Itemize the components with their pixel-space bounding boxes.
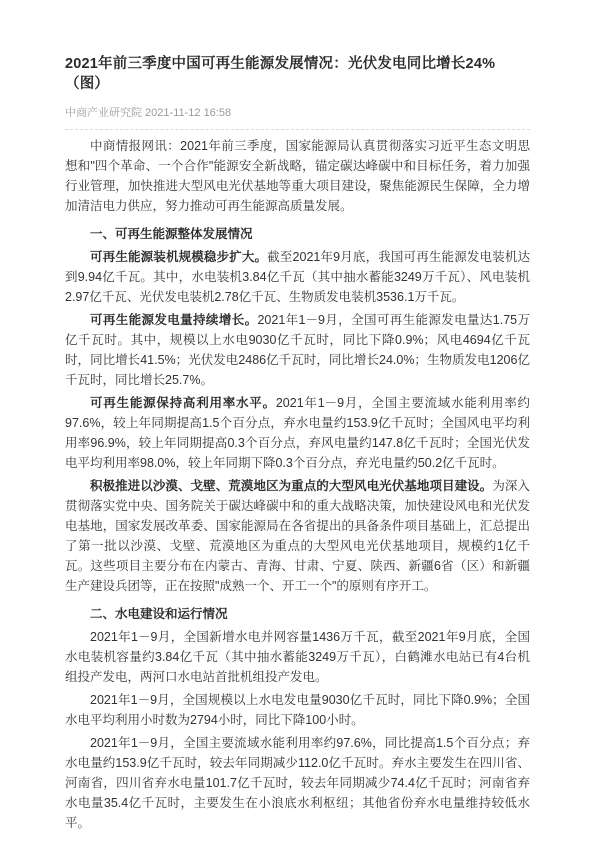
paragraph-utilization-rate: 可再生能源保持高利用率水平。2021年1－9月，全国主要流域水能利用率约97.6… <box>65 393 530 473</box>
page-title: 2021年前三季度中国可再生能源发展情况：光伏发电同比增长24%（图） <box>65 54 530 94</box>
paragraph-lead: 可再生能源发电量持续增长。 <box>90 313 257 327</box>
section-heading-hydropower: 二、水电建设和运行情况 <box>65 604 530 624</box>
paragraph-hydro-curtailment: 2021年1－9月，全国主要流域水能利用率约97.6%，同比提高1.5个百分点；… <box>65 733 530 833</box>
paragraph-text: 为深入贯彻落实党中央、国务院关于碳达峰碳中和的重大战略决策，加快建设风电和光伏发… <box>65 479 530 593</box>
paragraph-hydro-generation: 2021年1－9月，全国规模以上水电发电量9030亿千瓦时，同比下降0.9%；全… <box>65 690 530 730</box>
paragraph-intro: 中商情报网讯：2021年前三季度，国家能源局认真贯彻落实习近平生态文明思想和"四… <box>65 136 530 216</box>
paragraph-hydro-capacity: 2021年1－9月，全国新增水电并网容量1436万千瓦，截至2021年9月底，全… <box>65 627 530 687</box>
paragraph-installed-capacity: 可再生能源装机规模稳步扩大。截至2021年9月底，我国可再生能源发电装机达到9.… <box>65 247 530 307</box>
paragraph-lead: 可再生能源装机规模稳步扩大。 <box>90 250 267 264</box>
article-page: 2021年前三季度中国可再生能源发展情况：光伏发电同比增长24%（图） 中商产业… <box>0 0 594 841</box>
paragraph-lead: 可再生能源保持高利用率水平。 <box>90 396 276 410</box>
paragraph-desert-base-projects: 积极推进以沙漠、戈壁、荒漠地区为重点的大型风电光伏基地项目建设。为深入贯彻落实党… <box>65 476 530 596</box>
paragraph-lead: 积极推进以沙漠、戈壁、荒漠地区为重点的大型风电光伏基地项目建设。 <box>90 479 492 493</box>
article-body: 中商情报网讯：2021年前三季度，国家能源局认真贯彻落实习近平生态文明思想和"四… <box>65 130 530 833</box>
byline: 中商产业研究院 2021-11-12 16:58 <box>65 106 530 120</box>
paragraph-generation-growth: 可再生能源发电量持续增长。2021年1－9月，全国可再生能源发电量达1.75万亿… <box>65 310 530 390</box>
section-heading-renewables-overview: 一、可再生能源整体发展情况 <box>65 224 530 244</box>
